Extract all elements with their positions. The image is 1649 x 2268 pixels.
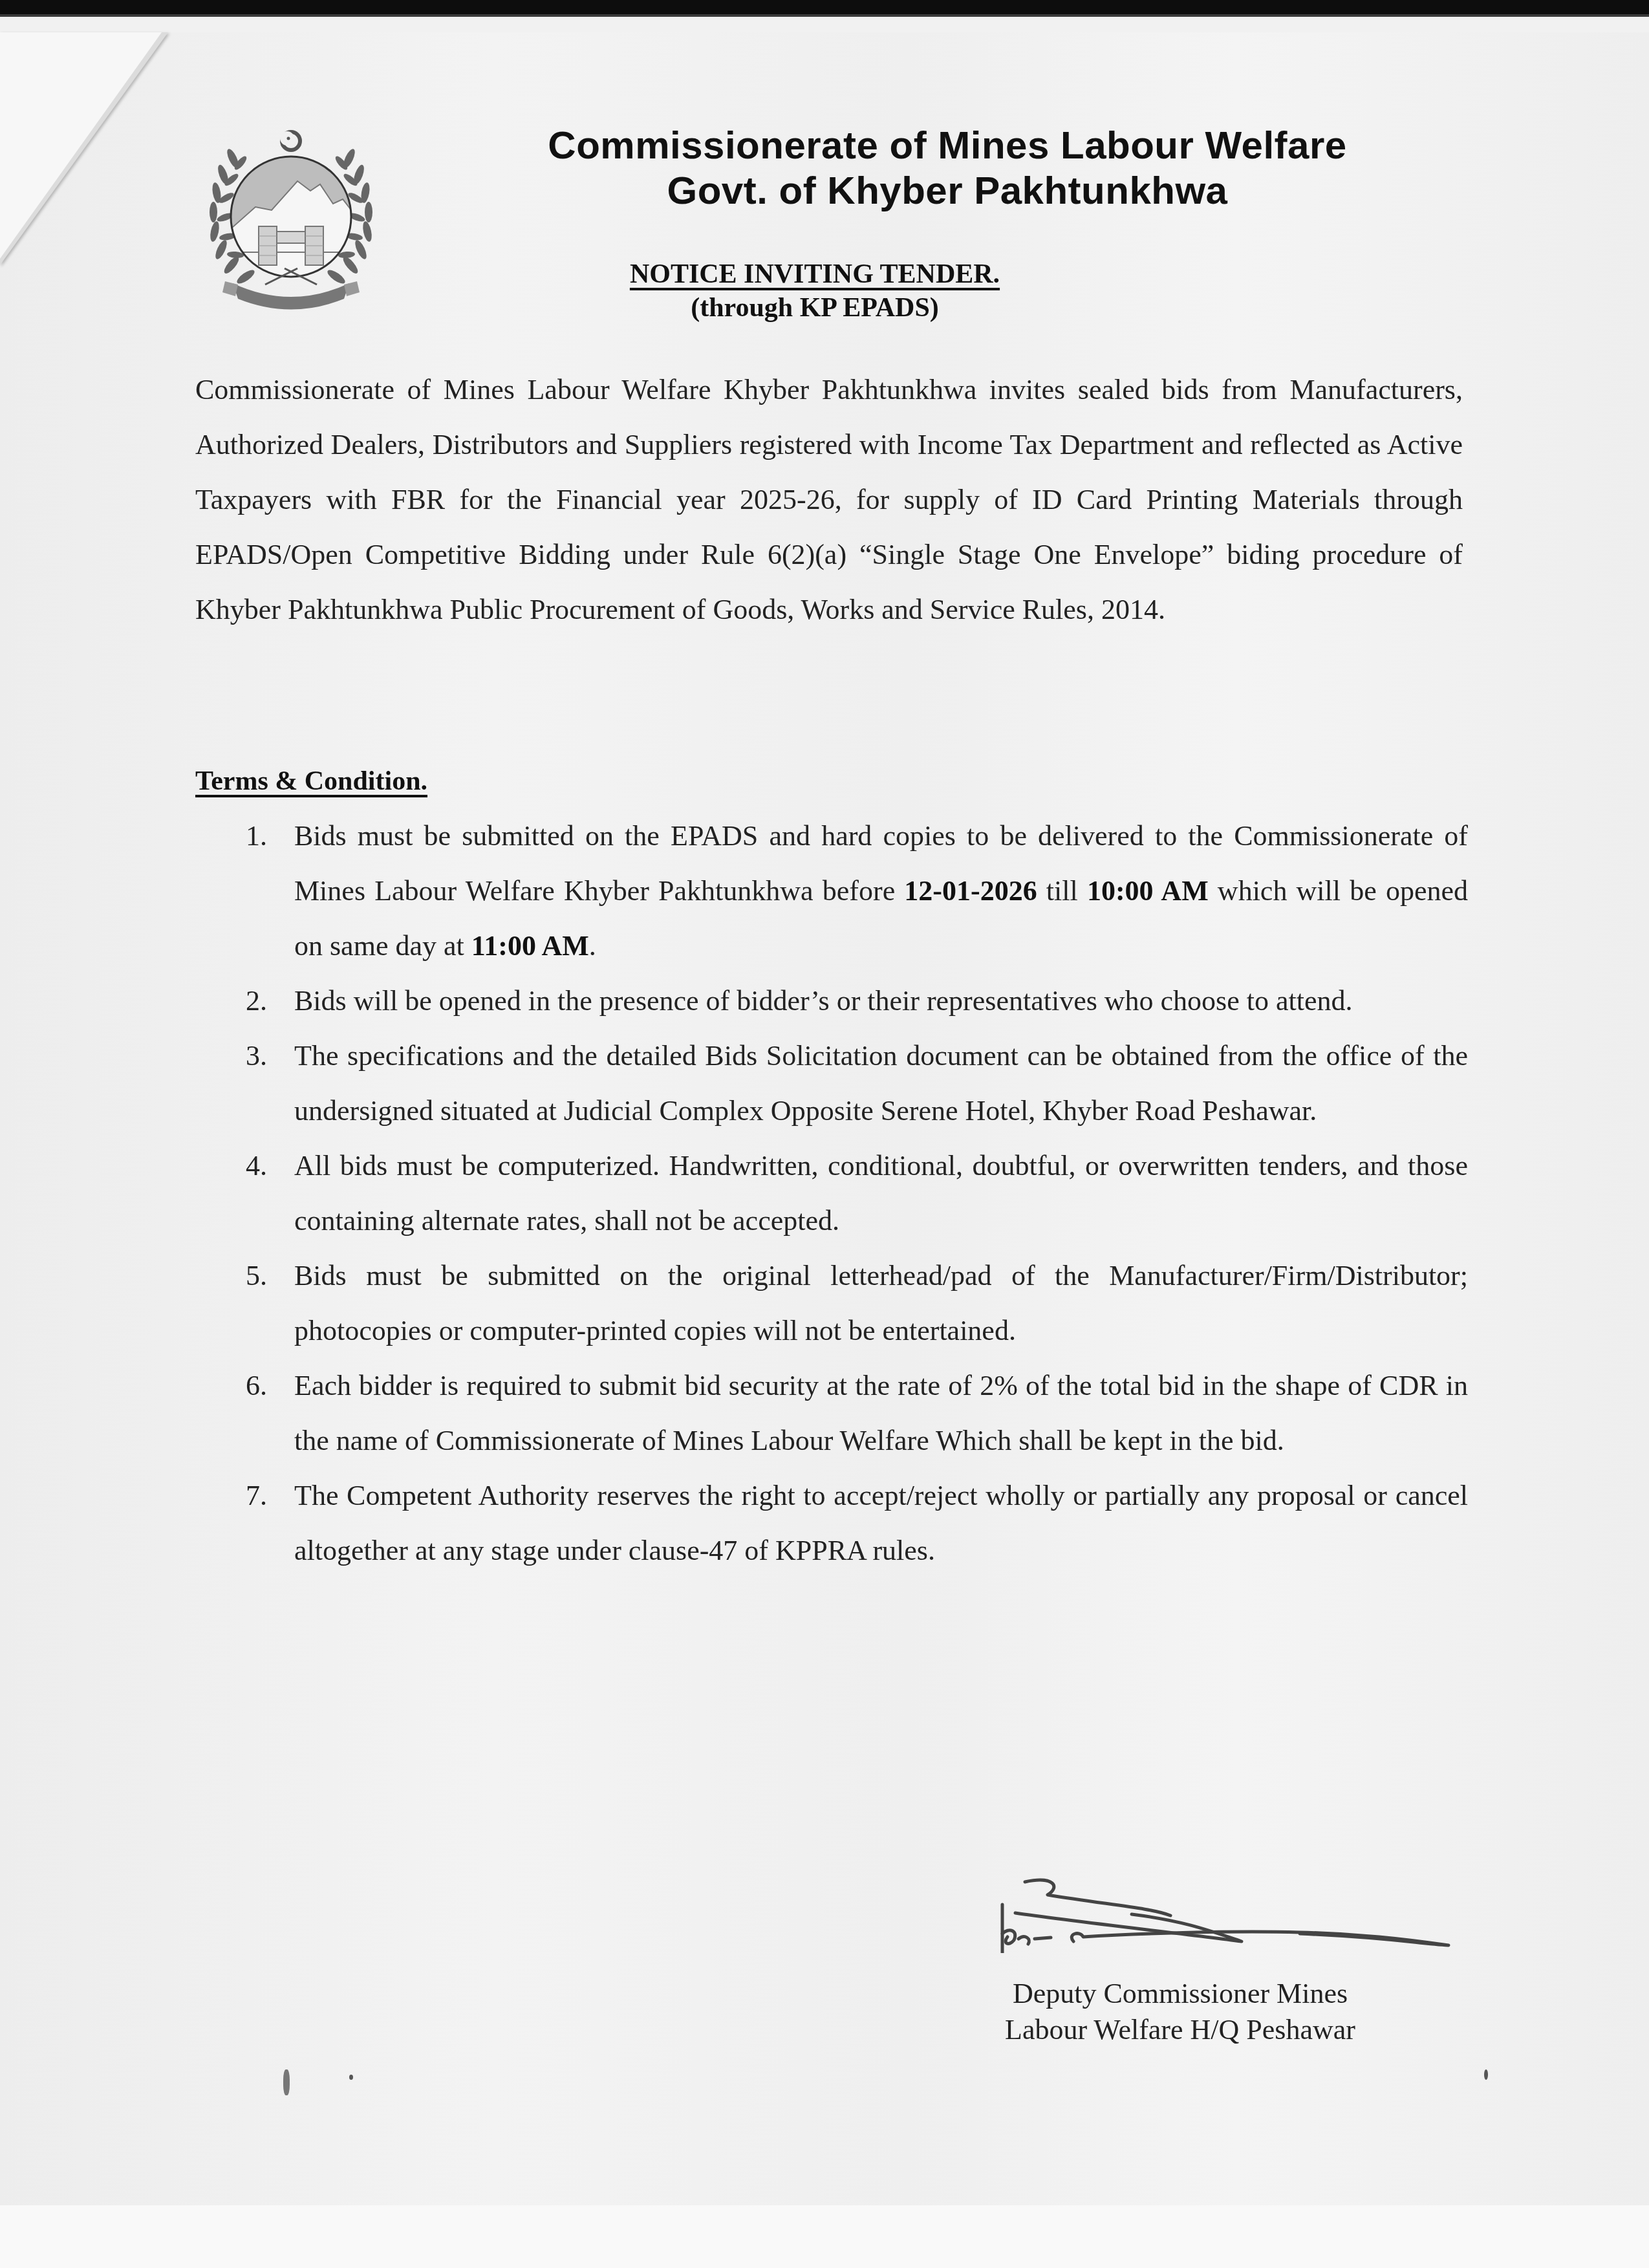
- term-number: 1.: [246, 808, 285, 863]
- term-number: 4.: [246, 1138, 285, 1193]
- term-number: 3.: [246, 1028, 285, 1083]
- org-name-line1: Commissionerate of Mines Labour Welfare: [414, 123, 1481, 168]
- term-text: .: [589, 930, 596, 962]
- kp-government-emblem-icon: [194, 123, 388, 310]
- term-text: The Competent Authority reserves the rig…: [294, 1480, 1468, 1566]
- intro-paragraph: Commissionerate of Mines Labour Welfare …: [195, 362, 1463, 637]
- term-text: Each bidder is required to submit bid se…: [294, 1370, 1468, 1456]
- organization-title: Commissionerate of Mines Labour Welfare …: [414, 123, 1481, 213]
- term-text: till: [1037, 875, 1087, 907]
- notice-title: NOTICE INVITING TENDER.: [630, 257, 1000, 291]
- scanner-bottom-edge: [0, 2205, 1649, 2268]
- term-number: 7.: [246, 1468, 285, 1523]
- deadline-time: 10:00 AM: [1087, 875, 1209, 907]
- scan-speck: [349, 2075, 353, 2080]
- folded-corner-face: [0, 32, 162, 259]
- term-item-7: 7. The Competent Authority reserves the …: [246, 1468, 1468, 1578]
- terms-list: 1. Bids must be submitted on the EPADS a…: [246, 808, 1468, 1578]
- terms-heading: Terms & Condition.: [195, 762, 427, 801]
- term-number: 6.: [246, 1358, 285, 1413]
- signatory-title-line1: Deputy Commissioner Mines: [973, 1976, 1387, 2012]
- org-name-line2: Govt. of Khyber Pakhtunkhwa: [414, 168, 1481, 213]
- scanner-edge-strip: [0, 0, 1649, 17]
- term-text: The specifications and the detailed Bids…: [294, 1040, 1468, 1127]
- term-item-4: 4. All bids must be computerized. Handwr…: [246, 1138, 1468, 1248]
- term-item-1: 1. Bids must be submitted on the EPADS a…: [246, 808, 1468, 973]
- opening-time: 11:00 AM: [471, 930, 589, 962]
- notice-heading: NOTICE INVITING TENDER. (through KP EPAD…: [388, 257, 1242, 325]
- scan-speck: [283, 2069, 290, 2095]
- signatory-block: Deputy Commissioner Mines Labour Welfare…: [973, 1976, 1387, 2048]
- deadline-date: 12-01-2026: [904, 875, 1037, 907]
- term-number: 5.: [246, 1248, 285, 1303]
- term-item-2: 2. Bids will be opened in the presence o…: [246, 973, 1468, 1028]
- notice-subtitle: (through KP EPADS): [388, 291, 1242, 325]
- term-text: All bids must be computerized. Handwritt…: [294, 1150, 1468, 1237]
- term-item-5: 5. Bids must be submitted on the origina…: [246, 1248, 1468, 1358]
- scan-speck: [1484, 2069, 1488, 2080]
- term-text: Bids must be submitted on the original l…: [294, 1260, 1468, 1346]
- term-item-6: 6. Each bidder is required to submit bid…: [246, 1358, 1468, 1468]
- term-text: Bids will be opened in the presence of b…: [294, 985, 1353, 1017]
- handwritten-signature-icon: [938, 1869, 1468, 1953]
- term-item-3: 3. The specifications and the detailed B…: [246, 1028, 1468, 1138]
- signatory-title-line2: Labour Welfare H/Q Peshawar: [973, 2012, 1387, 2048]
- term-number: 2.: [246, 973, 285, 1028]
